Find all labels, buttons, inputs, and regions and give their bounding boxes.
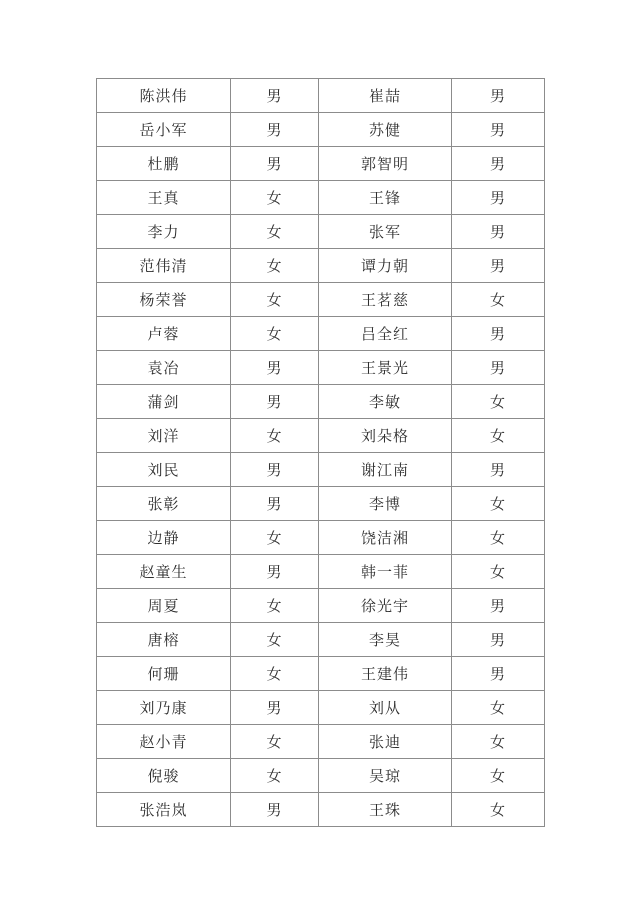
table-row: 杜鹏男郭智明男	[97, 147, 545, 181]
name-cell: 王珠	[319, 793, 452, 827]
name-cell: 刘从	[319, 691, 452, 725]
name-cell: 王茗慈	[319, 283, 452, 317]
table-row: 岳小军男苏健男	[97, 113, 545, 147]
gender-cell: 男	[231, 691, 319, 725]
table-row: 刘乃康男刘从女	[97, 691, 545, 725]
table-row: 杨荣誉女王茗慈女	[97, 283, 545, 317]
table-row: 刘洋女刘朵格女	[97, 419, 545, 453]
table-row: 卢蓉女吕全红男	[97, 317, 545, 351]
name-cell: 李博	[319, 487, 452, 521]
name-cell: 李力	[97, 215, 231, 249]
table-row: 陈洪伟男崔喆男	[97, 79, 545, 113]
gender-cell: 女	[452, 725, 545, 759]
gender-cell: 男	[452, 351, 545, 385]
name-cell: 苏健	[319, 113, 452, 147]
gender-cell: 男	[452, 249, 545, 283]
table-body: 陈洪伟男崔喆男岳小军男苏健男杜鹏男郭智明男王真女王锋男李力女张军男范伟清女谭力朝…	[97, 79, 545, 827]
table-row: 王真女王锋男	[97, 181, 545, 215]
table-row: 周夏女徐光宇男	[97, 589, 545, 623]
gender-cell: 女	[452, 759, 545, 793]
gender-cell: 男	[452, 147, 545, 181]
gender-cell: 男	[452, 453, 545, 487]
gender-cell: 男	[231, 487, 319, 521]
gender-cell: 女	[452, 487, 545, 521]
name-cell: 崔喆	[319, 79, 452, 113]
gender-cell: 男	[452, 657, 545, 691]
gender-cell: 男	[452, 623, 545, 657]
gender-cell: 男	[452, 113, 545, 147]
name-cell: 陈洪伟	[97, 79, 231, 113]
gender-cell: 男	[452, 79, 545, 113]
gender-cell: 男	[231, 351, 319, 385]
name-cell: 卢蓉	[97, 317, 231, 351]
table-row: 赵童生男韩一菲女	[97, 555, 545, 589]
gender-cell: 女	[452, 521, 545, 555]
table-row: 何珊女王建伟男	[97, 657, 545, 691]
name-cell: 王景光	[319, 351, 452, 385]
gender-cell: 女	[231, 725, 319, 759]
gender-cell: 男	[231, 385, 319, 419]
gender-cell: 女	[231, 623, 319, 657]
name-cell: 何珊	[97, 657, 231, 691]
gender-cell: 女	[231, 657, 319, 691]
table-row: 范伟清女谭力朝男	[97, 249, 545, 283]
name-cell: 倪骏	[97, 759, 231, 793]
name-cell: 徐光宇	[319, 589, 452, 623]
name-cell: 张迪	[319, 725, 452, 759]
table-row: 李力女张军男	[97, 215, 545, 249]
name-cell: 王真	[97, 181, 231, 215]
gender-cell: 女	[452, 691, 545, 725]
gender-cell: 女	[452, 283, 545, 317]
name-cell: 赵小青	[97, 725, 231, 759]
name-cell: 李敏	[319, 385, 452, 419]
table-row: 蒲剑男李敏女	[97, 385, 545, 419]
name-cell: 张彰	[97, 487, 231, 521]
name-cell: 岳小军	[97, 113, 231, 147]
name-cell: 饶洁湘	[319, 521, 452, 555]
table-row: 边静女饶洁湘女	[97, 521, 545, 555]
name-cell: 边静	[97, 521, 231, 555]
gender-cell: 男	[231, 793, 319, 827]
gender-cell: 男	[452, 215, 545, 249]
name-cell: 杨荣誉	[97, 283, 231, 317]
name-cell: 张军	[319, 215, 452, 249]
name-gender-table: 陈洪伟男崔喆男岳小军男苏健男杜鹏男郭智明男王真女王锋男李力女张军男范伟清女谭力朝…	[96, 78, 545, 827]
name-cell: 王锋	[319, 181, 452, 215]
name-cell: 吕全红	[319, 317, 452, 351]
gender-cell: 女	[452, 793, 545, 827]
name-cell: 吴琼	[319, 759, 452, 793]
name-cell: 郭智明	[319, 147, 452, 181]
name-cell: 唐榕	[97, 623, 231, 657]
name-cell: 蒲剑	[97, 385, 231, 419]
gender-cell: 男	[231, 453, 319, 487]
document-page: 陈洪伟男崔喆男岳小军男苏健男杜鹏男郭智明男王真女王锋男李力女张军男范伟清女谭力朝…	[0, 0, 640, 905]
table-row: 唐榕女李昊男	[97, 623, 545, 657]
name-cell: 刘民	[97, 453, 231, 487]
gender-cell: 男	[231, 113, 319, 147]
table-row: 张浩岚男王珠女	[97, 793, 545, 827]
table-row: 倪骏女吴琼女	[97, 759, 545, 793]
name-cell: 刘朵格	[319, 419, 452, 453]
name-cell: 刘洋	[97, 419, 231, 453]
gender-cell: 女	[231, 283, 319, 317]
name-cell: 赵童生	[97, 555, 231, 589]
gender-cell: 女	[231, 249, 319, 283]
name-cell: 王建伟	[319, 657, 452, 691]
name-cell: 谢江南	[319, 453, 452, 487]
gender-cell: 女	[231, 759, 319, 793]
gender-cell: 男	[231, 555, 319, 589]
name-cell: 韩一菲	[319, 555, 452, 589]
gender-cell: 女	[231, 589, 319, 623]
gender-cell: 女	[452, 555, 545, 589]
gender-cell: 男	[231, 79, 319, 113]
gender-cell: 男	[231, 147, 319, 181]
gender-cell: 女	[452, 419, 545, 453]
name-cell: 刘乃康	[97, 691, 231, 725]
gender-cell: 男	[452, 589, 545, 623]
name-cell: 李昊	[319, 623, 452, 657]
gender-cell: 女	[231, 181, 319, 215]
gender-cell: 女	[231, 215, 319, 249]
table-row: 赵小青女张迪女	[97, 725, 545, 759]
table-row: 袁冶男王景光男	[97, 351, 545, 385]
name-cell: 谭力朝	[319, 249, 452, 283]
name-cell: 范伟清	[97, 249, 231, 283]
gender-cell: 男	[452, 181, 545, 215]
name-cell: 周夏	[97, 589, 231, 623]
table-row: 张彰男李博女	[97, 487, 545, 521]
name-cell: 杜鹏	[97, 147, 231, 181]
table-row: 刘民男谢江南男	[97, 453, 545, 487]
gender-cell: 女	[452, 385, 545, 419]
gender-cell: 女	[231, 317, 319, 351]
gender-cell: 男	[452, 317, 545, 351]
gender-cell: 女	[231, 521, 319, 555]
name-cell: 袁冶	[97, 351, 231, 385]
gender-cell: 女	[231, 419, 319, 453]
name-cell: 张浩岚	[97, 793, 231, 827]
